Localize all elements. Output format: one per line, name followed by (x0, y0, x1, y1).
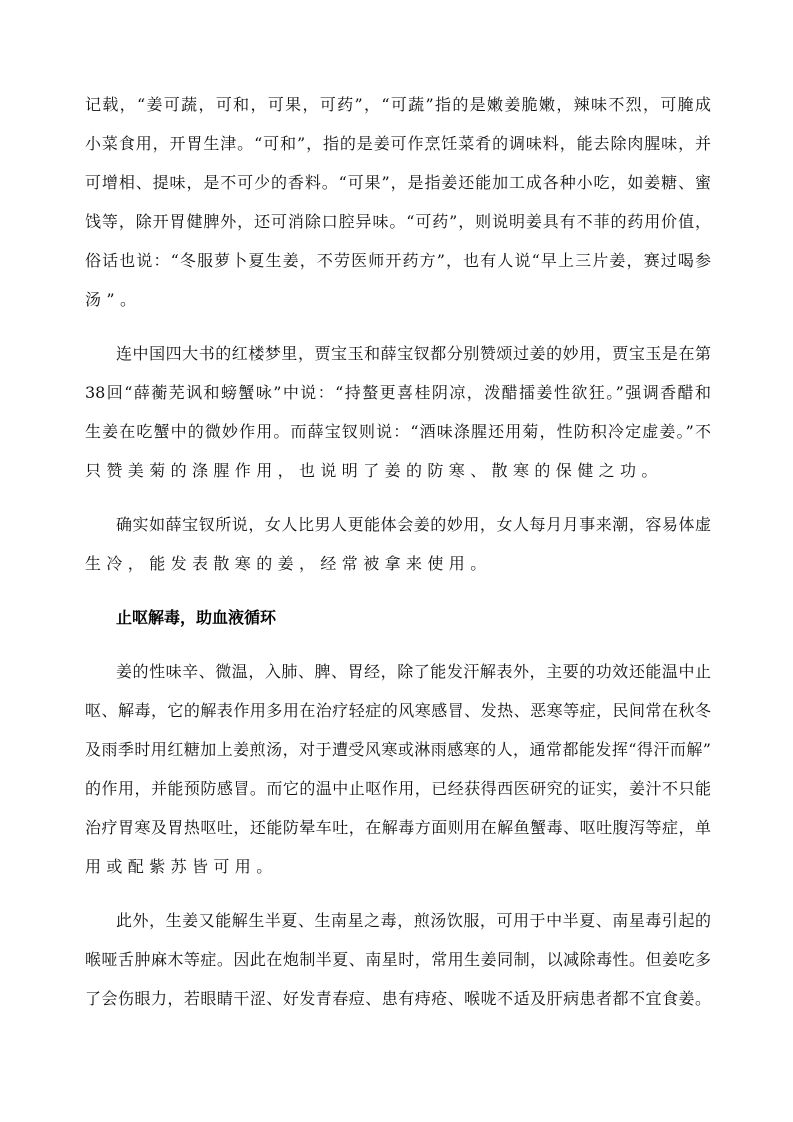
text-line: 喉哑舌肿麻木等症。因此在炮制半夏、南星时，常用生姜同制，以减除毒性。但姜吃多 (85, 940, 711, 979)
paragraph-red-chamber: 连中国四大书的红楼梦里，贾宝玉和薛宝钗都分别赞颂过姜的妙用，贾宝玉是在第 38回… (85, 334, 711, 490)
text-line: 38回“薛蘅芜讽和螃蟹咏”中说：“持螯更喜桂阴凉，泼醋擂姜性欲狂。”强调香醋和 (85, 373, 711, 412)
text-line: 呕、解毒，它的解表作用多用在治疗轻症的风寒感冒、发热、恶寒等症，民间常在秋冬 (85, 691, 711, 730)
text-line: 连中国四大书的红楼梦里，贾宝玉和薛宝钗都分别赞颂过姜的妙用，贾宝玉是在第 (85, 334, 711, 373)
paragraph-women-use: 确实如薛宝钗所说，女人比男人更能体会姜的妙用，女人每月月事来潮，容易体虚 生冷，… (85, 505, 711, 583)
text-line: 俗话也说：“冬服萝卜夏生姜，不劳医师开药方”，也有人说“早上三片姜，赛过喝参 (85, 241, 711, 280)
text-line: 的作用，并能预防感冒。而它的温中止呕作用，已经获得西医研究的证实，姜汁不只能 (85, 769, 711, 808)
text-line: 只赞美菊的涤腥作用，也说明了姜的防寒、散寒的保健之功。 (85, 451, 711, 490)
text-line: 小菜食用，开胃生津。“可和”，指的是姜可作烹饪菜肴的调味料，能去除肉腥味，并 (85, 124, 711, 163)
text-line: 汤”。 (85, 280, 711, 319)
paragraph-properties: 姜的性味辛、微温，入肺、脾、胃经，除了能发汗解表外，主要的功效还能温中止 呕、解… (85, 652, 711, 886)
text-line: 确实如薛宝钗所说，女人比男人更能体会姜的妙用，女人每月月事来潮，容易体虚 (85, 505, 711, 544)
text-line: 可增相、提味，是不可少的香料。“可果”，是指姜还能加工成各种小吃，如姜糖、蜜 (85, 163, 711, 202)
text-line: 用或配紫苏皆可用。 (85, 847, 711, 886)
document-page: 记载，“姜可蔬，可和，可果，可药”，“可蔬”指的是嫩姜脆嫩，辣味不烈，可腌成 小… (85, 85, 711, 1033)
text-line: 了会伤眼力，若眼睛干涩、好发青春痘、患有痔疮、喉咙不适及肝病患者都不宜食姜。 (85, 979, 711, 1018)
text-line: 生姜在吃蟹中的微妙作用。而薛宝钗则说：“酒味涤腥还用菊，性防积冷定虚姜。”不 (85, 412, 711, 451)
text-line: 记载，“姜可蔬，可和，可果，可药”，“可蔬”指的是嫩姜脆嫩，辣味不烈，可腌成 (85, 85, 711, 124)
text-line: 姜的性味辛、微温，入肺、脾、胃经，除了能发汗解表外，主要的功效还能温中止 (85, 652, 711, 691)
text-line: 生冷，能发表散寒的姜，经常被拿来使用。 (85, 544, 711, 583)
text-line: 及雨季时用红糖加上姜煎汤，对于遭受风寒或淋雨感寒的人，通常都能发挥“得汗而解” (85, 730, 711, 769)
text-line: 此外，生姜又能解生半夏、生南星之毒，煎汤饮服，可用于中半夏、南星毒引起的 (85, 901, 711, 940)
section-heading: 止呕解毒，助血液循环 (85, 598, 711, 637)
text-line: 饯等，除开胃健脾外，还可消除口腔异味。“可药”，则说明姜具有不菲的药用价值， (85, 202, 711, 241)
paragraph-detox-cautions: 此外，生姜又能解生半夏、生南星之毒，煎汤饮服，可用于中半夏、南星毒引起的 喉哑舌… (85, 901, 711, 1018)
paragraph-ginger-uses: 记载，“姜可蔬，可和，可果，可药”，“可蔬”指的是嫩姜脆嫩，辣味不烈，可腌成 小… (85, 85, 711, 319)
text-line: 治疗胃寒及胃热呕吐，还能防晕车吐，在解毒方面则用在解鱼蟹毒、呕吐腹泻等症，单 (85, 808, 711, 847)
